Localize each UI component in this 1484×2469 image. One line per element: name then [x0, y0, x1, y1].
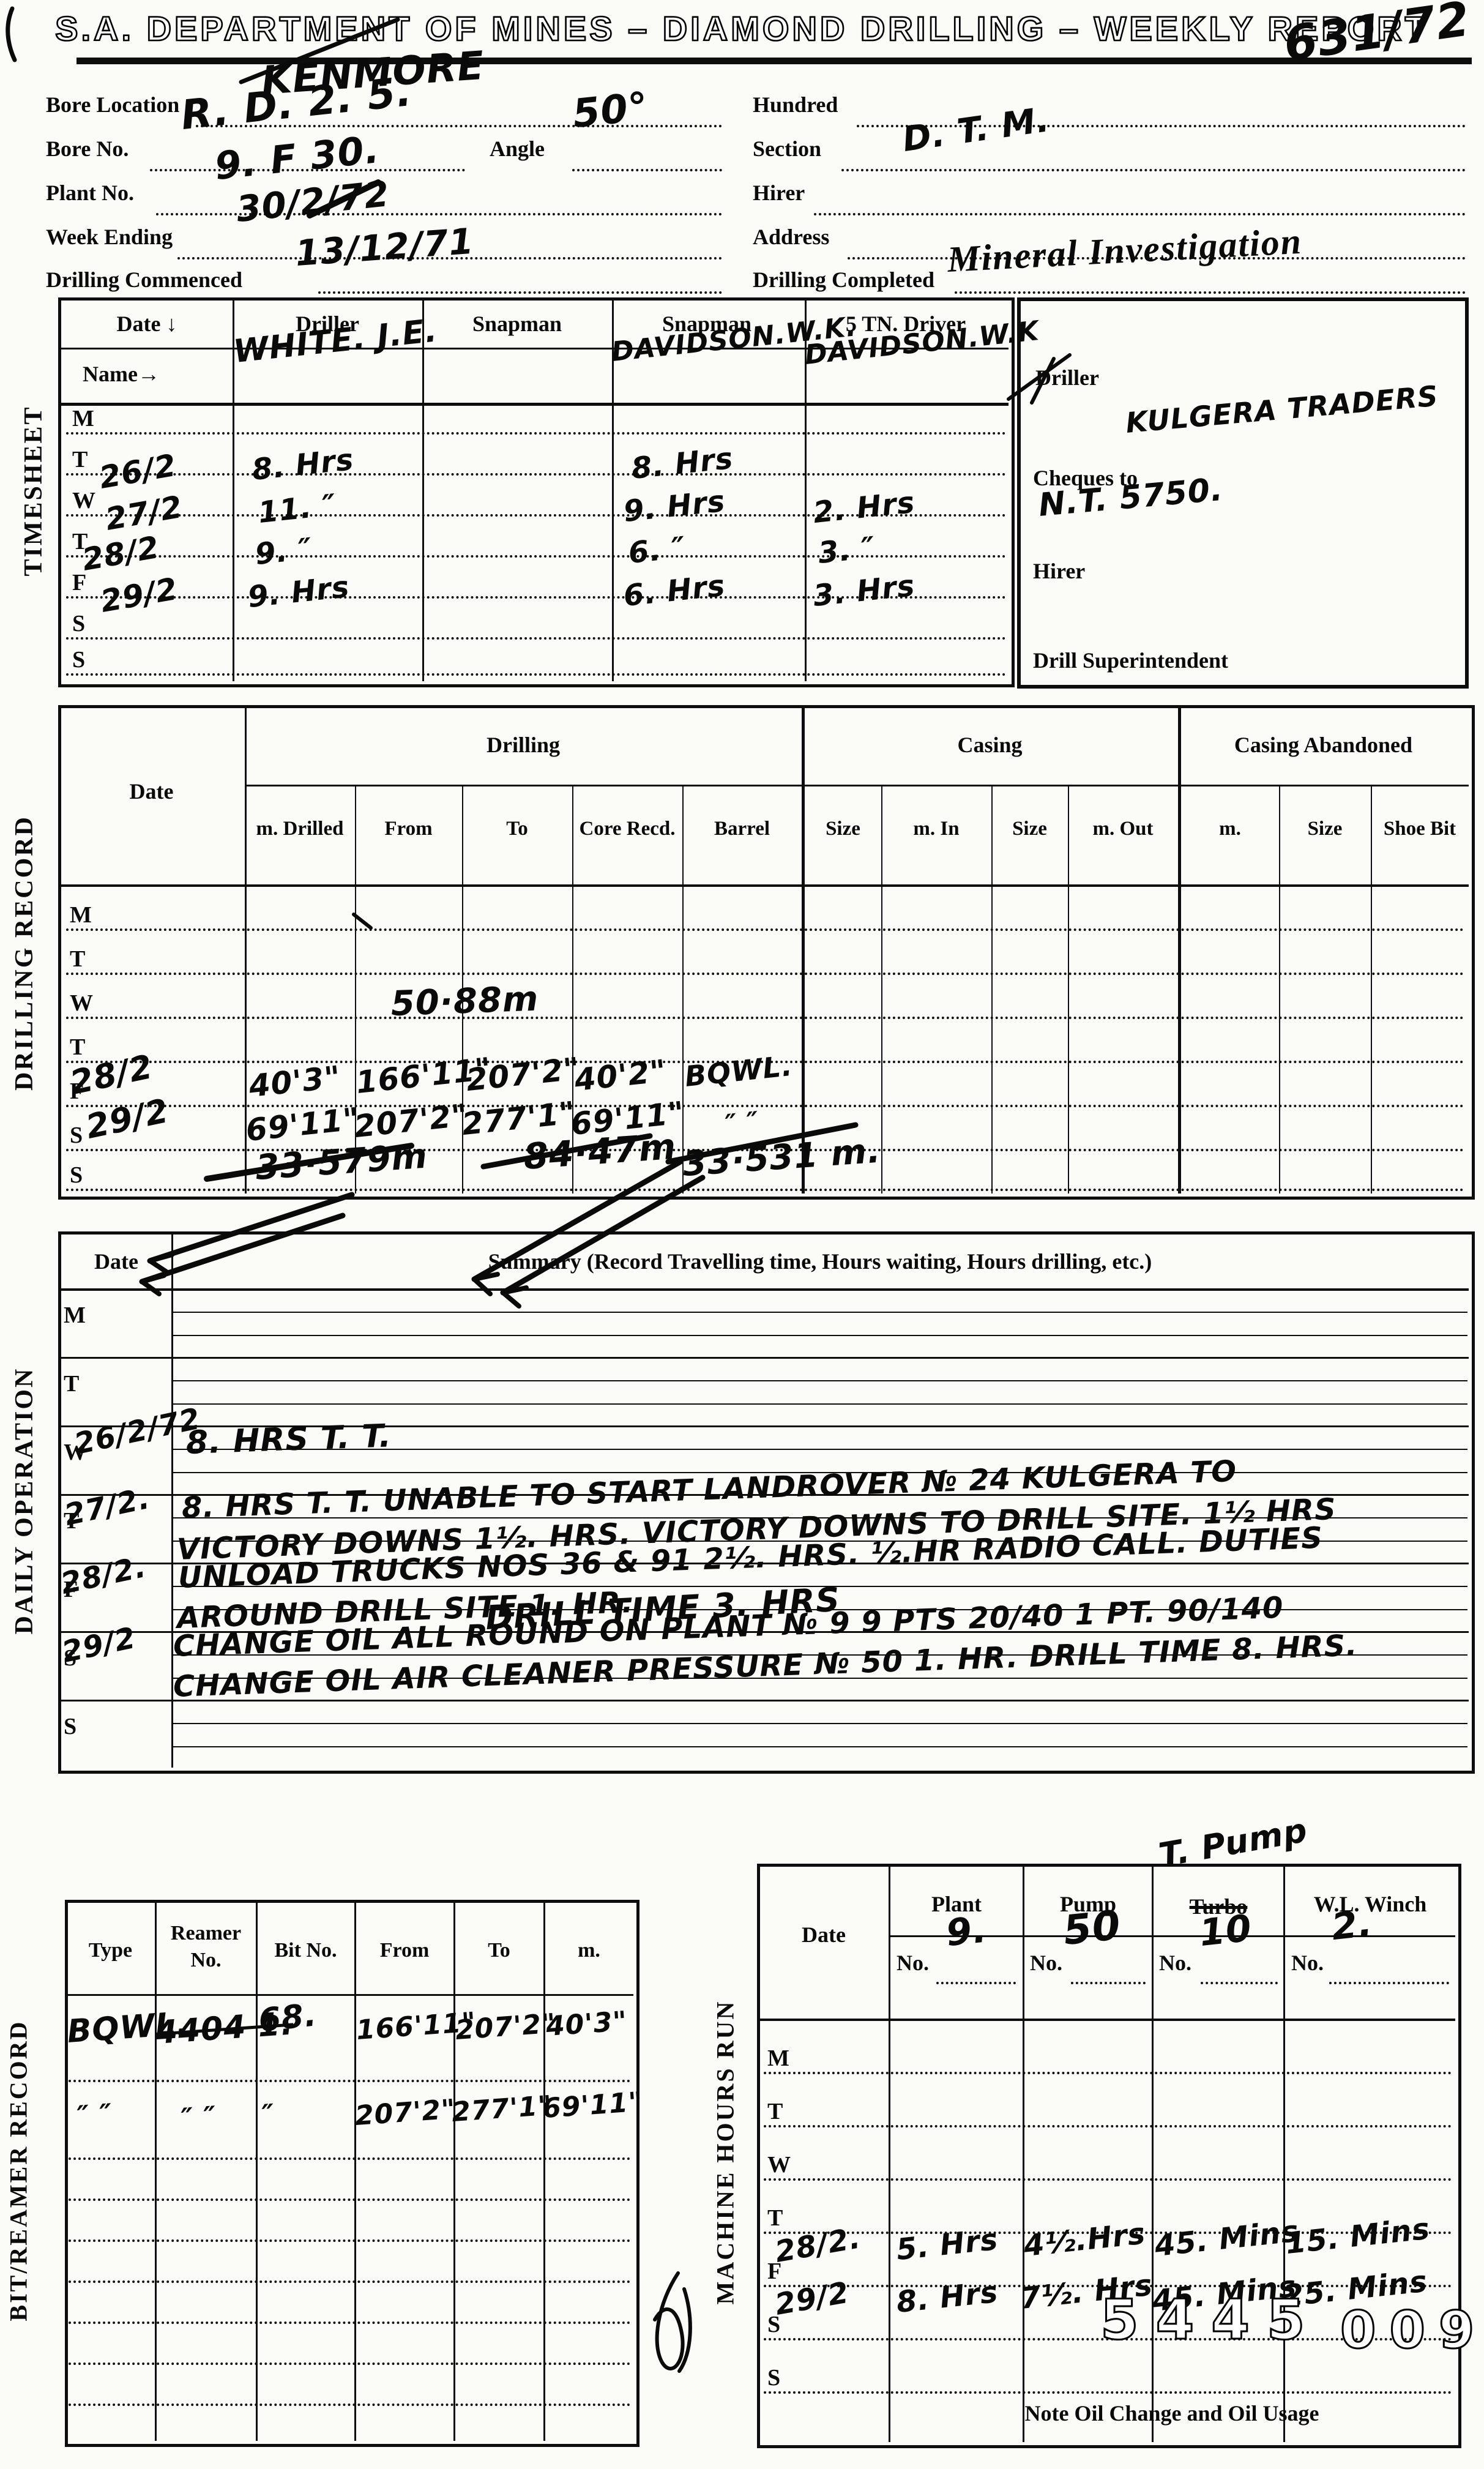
ts-driller-f: 9. ″ — [253, 532, 314, 572]
br-col-from: From — [356, 1939, 453, 1962]
br-col-m: m. — [545, 1939, 633, 1962]
ts-snapman2-f: 6. ″ — [627, 531, 687, 570]
dr-row-line-1 — [66, 973, 1464, 975]
mh-col-2 — [1023, 1864, 1024, 2442]
hundred-label: Hundred — [753, 92, 838, 118]
drilling-completed-value: Mineral Investigation — [946, 220, 1303, 281]
br-header-line — [65, 1994, 633, 1996]
drilling-completed-line — [955, 291, 1466, 294]
br-col-1 — [155, 1900, 157, 2441]
dr-col-min: m. In — [882, 818, 990, 840]
drilling-commenced-line — [318, 291, 722, 294]
do-day-0: M — [64, 1302, 86, 1329]
timesheet-col-line-2 — [422, 297, 424, 681]
address-label: Address — [753, 224, 829, 250]
bore-location-label: Bore Location — [46, 92, 179, 118]
mh-row-line-6 — [764, 2391, 1452, 2394]
panel-superintendent-label: Drill Superintendent — [1033, 648, 1228, 673]
do-row-bound-1 — [58, 1357, 1469, 1359]
br-r1-bitno: 68. — [257, 1996, 319, 2039]
drilling-completed-label: Drilling Completed — [753, 267, 934, 293]
do-rule-1b — [173, 1403, 1467, 1405]
br-col-2 — [256, 1900, 258, 2441]
drilling-record-section-label: DRILLING RECORD — [10, 782, 39, 1124]
dr-col-size2: Size — [993, 818, 1067, 840]
br-r2-reamer: ″ ″ — [180, 2101, 217, 2134]
dr-group-drilling: Drilling — [248, 732, 799, 758]
ts-day-2: W — [72, 487, 95, 514]
timesheet-name-line — [58, 403, 1009, 406]
do-row-bound-0 — [58, 1288, 1469, 1291]
mh-day-3: T — [767, 2205, 783, 2232]
dr-col-m: m. — [1182, 818, 1278, 840]
dr-col-shoebit: Shoe Bit — [1372, 818, 1467, 840]
dr-day-5: S — [70, 1122, 83, 1149]
br-col-4 — [453, 1900, 455, 2441]
mh-pump-no-label: No. — [1030, 1950, 1062, 1976]
do-rule-6b — [173, 1746, 1467, 1747]
do-w-line1: 8. HRS T. T. — [185, 1418, 392, 1462]
br-row-line-3 — [69, 2198, 630, 2201]
mh-turbo-no-value: 10 — [1198, 1907, 1254, 1955]
do-summary-label: Summary (Record Travelling time, Hours w… — [177, 1249, 1463, 1274]
br-row-line-5 — [69, 2280, 630, 2283]
hirer-line — [814, 213, 1466, 215]
mh-turbo-no-label: No. — [1159, 1950, 1191, 1976]
angle-line — [572, 169, 722, 171]
mh-row-line-0 — [764, 2072, 1452, 2074]
dr-group-casing: Casing — [805, 732, 1175, 758]
mh-plant-no-label: No. — [897, 1950, 929, 1976]
section-line — [841, 169, 1466, 171]
timesheet-name-label: Name→ — [83, 361, 160, 387]
dr-annotation: 50·88m — [390, 979, 540, 1024]
do-rule-0b — [173, 1335, 1467, 1336]
dr-row-line-6 — [66, 1189, 1464, 1191]
br-col-type: Type — [66, 1939, 155, 1962]
bore-no-label: Bore No. — [46, 136, 129, 162]
dr-sub-8 — [1279, 785, 1280, 1193]
dr-s-barrel: ″ ″ — [724, 1106, 761, 1139]
do-day-6: S — [64, 1713, 76, 1740]
week-ending-label: Week Ending — [46, 224, 173, 250]
mh-pump-no-line — [1071, 1982, 1146, 1984]
dr-col-to: To — [463, 818, 571, 840]
section-value: D. T. M. — [900, 100, 1052, 160]
dr-group-abandoned: Casing Abandoned — [1181, 732, 1466, 758]
section-label: Section — [753, 136, 821, 162]
dr-header-bottom — [58, 884, 1469, 887]
mh-footer-note: Note Oil Change and Oil Usage — [889, 2400, 1455, 2426]
br-r2-bitno: ″ — [261, 2099, 275, 2131]
plant-no-label: Plant No. — [46, 180, 134, 206]
machine-hours-section-label: MACHINE HOURS RUN — [711, 1957, 740, 2348]
angle-label: Angle — [490, 136, 545, 162]
br-row-line-4 — [69, 2239, 630, 2242]
do-rule-6a — [173, 1723, 1467, 1724]
dr-date-label: Date — [73, 779, 229, 804]
stamp-digits-right: 009 — [1340, 2300, 1484, 2360]
mh-date-label: Date — [759, 1922, 889, 1948]
dr-col-corerecd: Core Recd. — [573, 818, 681, 840]
ts-row-line-m — [66, 432, 1006, 435]
dr-col-mout: m. Out — [1069, 818, 1177, 840]
timesheet-col-date: Date ↓ — [67, 311, 226, 337]
ts-row-line-s2 — [66, 673, 1006, 676]
panel-hirer-label: Hirer — [1033, 558, 1085, 584]
mh-day-0: M — [767, 2045, 789, 2072]
dr-subheader-line — [245, 785, 1469, 786]
br-row-line-7 — [69, 2363, 630, 2365]
br-row-line-6 — [69, 2321, 630, 2324]
ts-day-1: T — [72, 446, 88, 473]
timesheet-col-snapman1: Snapman — [425, 311, 609, 337]
mh-winch-no-line — [1329, 1982, 1449, 1984]
mh-row-line-1 — [764, 2125, 1452, 2127]
br-col-bitno: Bit No. — [257, 1939, 354, 1962]
dr-day-1: T — [70, 946, 85, 973]
dr-row-line-2 — [66, 1017, 1464, 1019]
ts-day-0: M — [72, 405, 94, 432]
dr-line-abandoned — [1178, 705, 1181, 1193]
dr-line-casing — [802, 705, 805, 1193]
machine-hours-table — [757, 1864, 1461, 2448]
mh-day-6: S — [767, 2364, 780, 2391]
dr-day-3: T — [70, 1034, 85, 1061]
br-r2-type: ″ ″ — [76, 2098, 113, 2132]
br-row-line-8 — [69, 2404, 630, 2406]
dr-col-size1: Size — [806, 818, 880, 840]
dr-col-size3: Size — [1280, 818, 1370, 840]
dr-sub-9 — [1371, 785, 1372, 1193]
dr-col-mdrilled: m. Drilled — [246, 818, 354, 840]
timesheet-section-label: TIMESHEET — [19, 381, 48, 601]
ts-day-5: S — [72, 610, 85, 637]
dr-sub-6 — [991, 785, 993, 1193]
mh-winch-no-value: 2. — [1330, 1902, 1374, 1949]
dr-day-0: M — [70, 902, 92, 928]
drilling-commenced-label: Drilling Commenced — [46, 267, 242, 293]
dr-col-barrel: Barrel — [684, 818, 800, 840]
br-col-to: To — [455, 1939, 543, 1962]
dr-sub-4 — [682, 785, 684, 1193]
mh-header-bottom — [757, 2019, 1455, 2021]
mh-col-3 — [1152, 1864, 1154, 2442]
dr-sub-7 — [1068, 785, 1069, 1193]
mh-day-1: T — [767, 2098, 783, 2125]
dr-col-from: From — [356, 818, 461, 840]
ts-row-line-s1 — [66, 637, 1006, 640]
mh-turbo-no-line — [1201, 1982, 1278, 1984]
angle-value: 50° — [570, 84, 651, 137]
dr-row-line-4 — [66, 1105, 1464, 1107]
weekly-report-form: S.A. DEPARTMENT OF MINES – DIAMOND DRILL… — [0, 0, 1484, 2469]
br-col-5 — [543, 1900, 545, 2441]
daily-operation-section-label: DAILY OPERATION — [10, 1335, 39, 1666]
mh-winch-no-label: No. — [1291, 1950, 1324, 1976]
br-col-reamer1: Reamer — [156, 1922, 256, 1945]
stamp-digits-left: 5445 — [1100, 2288, 1322, 2352]
br-row-line-2 — [69, 2157, 630, 2160]
dr-day-6: S — [70, 1162, 83, 1189]
br-r1-m: 40'3" — [545, 2006, 628, 2042]
ts-day-6: S — [72, 646, 85, 673]
br-col-3 — [354, 1900, 356, 2441]
hirer-label: Hirer — [753, 180, 805, 206]
form-title: S.A. DEPARTMENT OF MINES – DIAMOND DRILL… — [0, 9, 1484, 48]
do-date-label: Date — [61, 1249, 171, 1274]
br-row-line-1 — [69, 2080, 630, 2082]
do-day-1: T — [64, 1370, 79, 1397]
dr-sub-5 — [881, 785, 882, 1193]
signature-scribble — [655, 2273, 690, 2371]
mh-col-1 — [889, 1864, 890, 2442]
mh-row-line-2 — [764, 2178, 1452, 2181]
mh-col-4 — [1283, 1864, 1285, 2442]
ts-driver-f: 3. ″ — [816, 531, 877, 570]
do-rule-0a — [173, 1312, 1467, 1313]
mh-plant-no-value: 9. — [944, 1908, 989, 1955]
ts-row-line-t1 — [66, 473, 1006, 476]
br-col-reamer2: No. — [156, 1949, 256, 1972]
do-rule-1a — [173, 1380, 1467, 1381]
mh-plant-no-line — [936, 1982, 1016, 1984]
panel-driller-label: Driller — [1035, 365, 1099, 390]
dr-row-line-0 — [66, 928, 1464, 931]
dr-day-2: W — [70, 990, 93, 1017]
mh-pump-no-value: 50 — [1061, 1902, 1123, 1954]
bit-reamer-section-label: BIT/REAMER RECORD — [4, 1975, 33, 2367]
mh-day-2: W — [767, 2151, 791, 2178]
drilling-commenced-value: 13/12/71 — [294, 220, 475, 274]
